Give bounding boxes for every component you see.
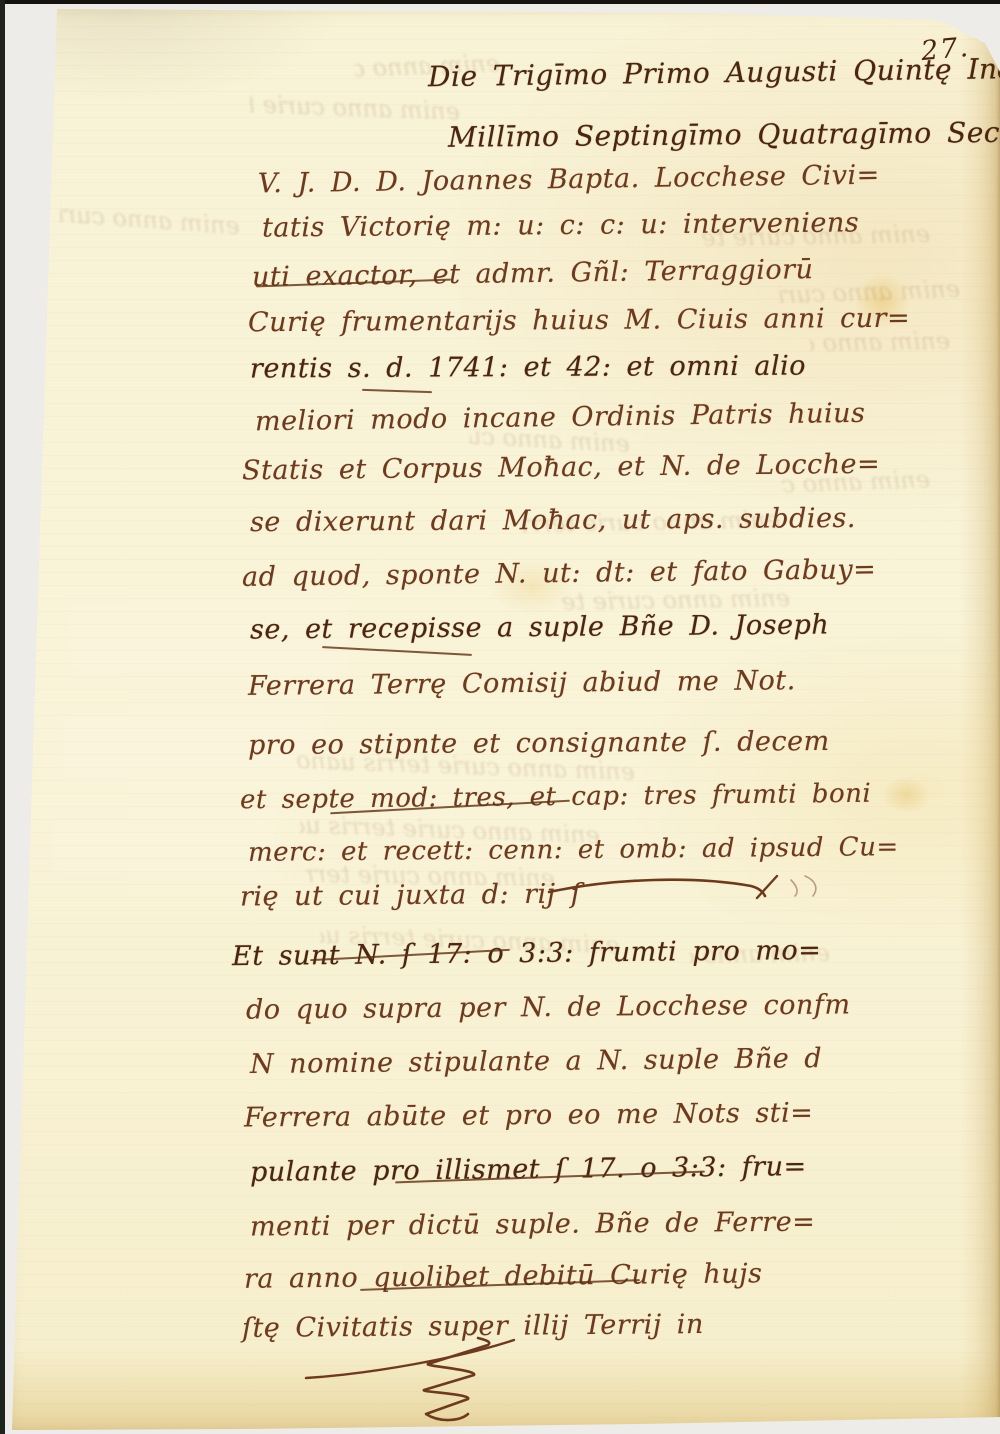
faint-watermark-patch bbox=[40, 805, 280, 885]
scanner-edge-left bbox=[0, 0, 5, 1434]
manuscript-line: Statis et Corpus Moħac, et N. de Locche= bbox=[242, 449, 880, 487]
page-number: 27. bbox=[920, 32, 971, 67]
manuscript-line: rię ut cui juxta d: rij ſ bbox=[240, 879, 581, 913]
manuscript-line: pro eo stipnte et consignante ſ. decem bbox=[248, 726, 830, 761]
manuscript-line: Millīmo Septingīmo Quatragīmo Secundo bbox=[448, 115, 1000, 153]
ink-bleedthrough: enim anno curie terris uano merie consi … bbox=[59, 200, 241, 240]
line-end-flourish bbox=[545, 862, 825, 906]
manuscript-line: Curię frumentarijs huius M. Ciuis anni c… bbox=[248, 303, 910, 339]
manuscript-line: se, et recepisse a suple Bñe D. Joseph bbox=[250, 609, 829, 645]
manuscript-line: V. J. D. D. Joannes Bapta. Locchese Civi… bbox=[258, 160, 880, 200]
ink-strikethrough bbox=[362, 389, 432, 394]
manuscript-line: Die Trigīmo Primo Augusti Quintę Inds. bbox=[428, 52, 1000, 94]
manuscript-line: Ferrera abūte et pro eo me Nots sti= bbox=[244, 1098, 814, 1134]
manuscript-line: Et sunt N. ſ 17: o 3:3: frumti pro mo= bbox=[232, 935, 822, 972]
manuscript-line: ra anno quolibet debitū Curię hujs bbox=[244, 1258, 763, 1294]
manuscript-line: se dixerunt dari Moħac, ut aps. subdies. bbox=[250, 503, 856, 538]
signature-paraph bbox=[300, 1330, 540, 1425]
manuscript-line: ad quod, sponte N. ut: dt: et fato Gabuy… bbox=[242, 554, 877, 593]
manuscript-line: pulante pro illismet ſ 17. o 3:3: fru= bbox=[250, 1151, 807, 1188]
scanned-page: enim anno curie terris uano merie consi … bbox=[0, 0, 1000, 1434]
manuscript-line: menti per dictū suple. Bñe de Ferre= bbox=[250, 1207, 815, 1243]
manuscript-line: tatis Victorię m: u: c: c: u: intervenie… bbox=[262, 207, 859, 243]
manuscript-line: uti exactor, et admr. Gñl: Terraggiorū bbox=[252, 254, 814, 293]
manuscript-line: Ferrera Terrę Comisij abiud me Not. bbox=[248, 665, 796, 702]
scanner-edge-top bbox=[0, 0, 1000, 4]
manuscript-line: meliori modo incane Ordinis Patris huius bbox=[255, 398, 866, 438]
manuscript-paper: enim anno curie terris uano merie consi … bbox=[0, 0, 1000, 1434]
manuscript-line: rentis s. d. 1741: et 42: et omni alio bbox=[250, 351, 806, 385]
manuscript-line: do quo supra per N. de Locchese confm bbox=[246, 989, 851, 1025]
manuscript-line: et septe mod: tres, et cap: tres frumti … bbox=[240, 779, 872, 816]
ink-bleedthrough: enim anno curie terris uano merie consi … bbox=[250, 90, 461, 125]
manuscript-line: N nomine stipulante a N. suple Bñe d bbox=[250, 1043, 822, 1080]
